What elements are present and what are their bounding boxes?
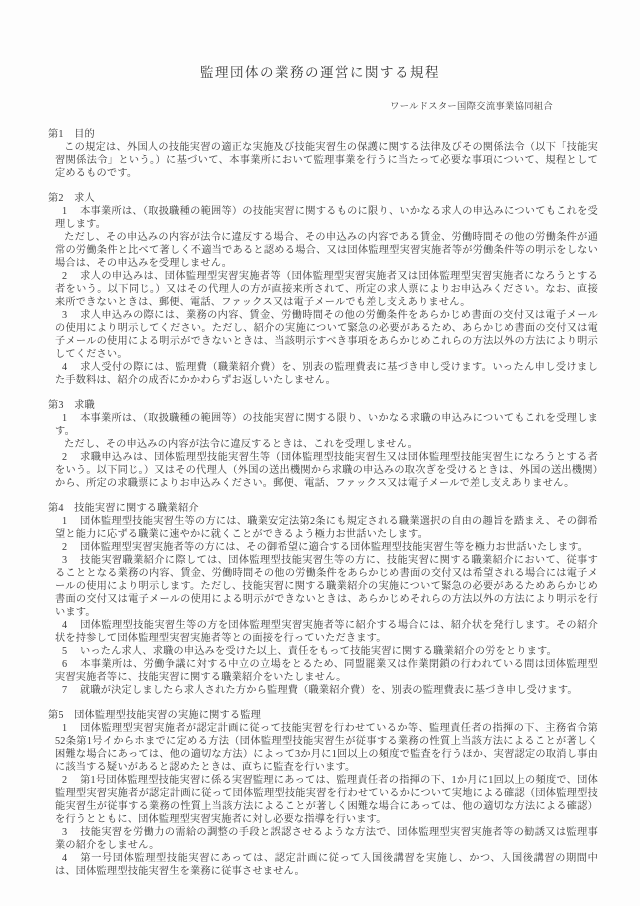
document-page: 監理団体の業務の運営に関する規程 ワールドスター国際交流事業協同組合 第1 目的… bbox=[0, 0, 640, 906]
clause-number: 7 bbox=[55, 684, 80, 697]
clause-number: 2 bbox=[55, 451, 80, 464]
clause-text: 第一号団体監理型技能実習にあっては、認定計画に従って入国後講習を実施し、かつ、入… bbox=[55, 853, 598, 877]
clause-text: この規定は、外国人の技能実習の適正な実施及び技能実習生の保護に関する法律及びその… bbox=[55, 141, 598, 180]
clause-item: 1本事業所は、（取扱職種の範囲等）の技能実習に関するものに限り、いかなる求人の申… bbox=[55, 205, 598, 231]
doc-title: 監理団体の業務の運営に関する規程 bbox=[0, 64, 640, 81]
section-1: 第1 目的 この規定は、外国人の技能実習の適正な実施及び技能実習生の保護に関する… bbox=[48, 128, 598, 180]
clause-item: 3技能実習を労働力の需給の調整の手段と誤認させるような方法で、団体監理型実習実施… bbox=[55, 826, 598, 852]
clause-item: 2求職申込みは、団体監理型技能実習生等（団体監理型技能実習生又は団体監理型技能実… bbox=[55, 451, 598, 490]
clause-number: 3 bbox=[55, 309, 80, 322]
section-heading: 第5 団体監理型技能実習の実施に関する監理 bbox=[48, 709, 598, 722]
organization-name: ワールドスター国際交流事業協同組合 bbox=[0, 101, 553, 113]
clause-text: 本事業所は、労働争議に対する中立の立場をとるため、同盟罷業又は作業閉鎖の行われて… bbox=[55, 659, 598, 683]
clause-number: 2 bbox=[55, 270, 80, 283]
clause-number: 3 bbox=[55, 554, 80, 567]
clause-item: 1本事業所は、（取扱職種の範囲等）の技能実習に関する限り、いかなる求職の申込みに… bbox=[55, 412, 598, 438]
clause-text: 技能実習職業紹介に際しては、団体監理型技能実習生等の方に、技能実習に関する職業紹… bbox=[55, 555, 598, 618]
section-heading: 第2 求人 bbox=[48, 192, 598, 205]
clause-text: 第1号団体監理型技能実習に係る実習監理にあっては、監理責任者の指揮の下、1か月に… bbox=[55, 775, 598, 825]
section-heading: 第4 技能実習に関する職業紹介 bbox=[48, 502, 598, 515]
clause-number: 2 bbox=[55, 541, 80, 554]
clause-number: 3 bbox=[55, 826, 80, 839]
clause-item: 5いったん求人、求職の申込みを受けた以上、責任をもって技能実習に関する職業紹介の… bbox=[55, 645, 598, 658]
clause-text: 求人の申込みは、団体監理型実習実施者等（団体監理型実習実施者又は団体監理型実習実… bbox=[55, 271, 598, 308]
clause-text: 団体監理型技能実習生等の方を団体監理型実習実施者等に紹介する場合には、紹介状を発… bbox=[55, 620, 598, 644]
section-3: 第3 求職 1本事業所は、（取扱職種の範囲等）の技能実習に関する限り、いかなる求… bbox=[48, 399, 598, 490]
clause-item: 4団体監理型技能実習生等の方を団体監理型実習実施者等に紹介する場合には、紹介状を… bbox=[55, 619, 598, 645]
section-heading: 第1 目的 bbox=[48, 128, 598, 141]
clause-number: 4 bbox=[55, 361, 80, 374]
clause-number: 5 bbox=[55, 645, 80, 658]
clause-text: 本事業所は、（取扱職種の範囲等）の技能実習に関する限り、いかなる求職の申込みにつ… bbox=[55, 413, 598, 437]
clause-text: 本事業所は、（取扱職種の範囲等）の技能実習に関するものに限り、いかなる求人の申込… bbox=[55, 206, 598, 230]
clause-item: 6本事業所は、労働争議に対する中立の立場をとるため、同盟罷業又は作業閉鎖の行われ… bbox=[55, 658, 598, 684]
section-heading: 第3 求職 bbox=[48, 399, 598, 412]
clause-item: 7就職が決定しましたら求人された方から監理費（職業紹介費）を、別表の監理費表に基… bbox=[55, 684, 598, 697]
clause-item: 2求人の申込みは、団体監理型実習実施者等（団体監理型実習実施者又は団体監理型実習… bbox=[55, 270, 598, 309]
clause-text: 団体監理型技能実習生等の方には、職業安定法第2条にも規定される職業選択の自由の趣… bbox=[55, 516, 598, 540]
clause-item: 2第1号団体監理型技能実習に係る実習監理にあっては、監理責任者の指揮の下、1か月… bbox=[55, 774, 598, 826]
clause-number: 2 bbox=[55, 774, 80, 787]
clause-item: 1団体監理型実習実施者が認定計画に従って技能実習を行わせているか等、監理責任者の… bbox=[55, 722, 598, 774]
proviso-text: ただし、その申込みの内容が法令に違反する場合、その申込みの内容である賃金、労働時… bbox=[55, 231, 598, 270]
clause-number: 1 bbox=[55, 722, 80, 735]
clause-number: 4 bbox=[55, 619, 80, 632]
doc-body: 第1 目的 この規定は、外国人の技能実習の適正な実施及び技能実習生の保護に関する… bbox=[48, 128, 598, 878]
section-2: 第2 求人 1本事業所は、（取扱職種の範囲等）の技能実習に関するものに限り、いか… bbox=[48, 192, 598, 387]
section-5: 第5 団体監理型技能実習の実施に関する監理 1団体監理型実習実施者が認定計画に従… bbox=[48, 709, 598, 878]
clause-item: 4求人受付の際には、監理費（職業紹介費）を、別表の監理費表に基づき申し受けます。… bbox=[55, 361, 598, 387]
proviso-text: ただし、その申込みの内容が法令に違反するときは、これを受理しません。 bbox=[55, 438, 598, 451]
clause-item: 1団体監理型技能実習生等の方には、職業安定法第2条にも規定される職業選択の自由の… bbox=[55, 515, 598, 541]
clause-item: 3求人申込みの際には、業務の内容、賃金、労働時間その他の労働条件をあらかじめ書面… bbox=[55, 309, 598, 361]
clause-item: 2団体監理型実習実施者等の方には、その御希望に適合する団体監理型技能実習生等を極… bbox=[55, 541, 598, 554]
clause-item: 3技能実習職業紹介に際しては、団体監理型技能実習生等の方に、技能実習に関する職業… bbox=[55, 554, 598, 619]
clause-number: 4 bbox=[55, 852, 80, 865]
clause-number: 6 bbox=[55, 658, 80, 671]
clause-text: 技能実習を労働力の需給の調整の手段と誤認させるような方法で、団体監理型実習実施者… bbox=[55, 827, 598, 851]
clause-number: 1 bbox=[55, 515, 80, 528]
clause-text: 求職申込みは、団体監理型技能実習生等（団体監理型技能実習生又は団体監理型技能実習… bbox=[55, 452, 598, 489]
clause-text: 団体監理型実習実施者が認定計画に従って技能実習を行わせているか等、監理責任者の指… bbox=[55, 723, 598, 773]
clause-text: 求人申込みの際には、業務の内容、賃金、労働時間その他の労働条件をあらかじめ書面の… bbox=[55, 310, 598, 360]
clause-text: 求人受付の際には、監理費（職業紹介費）を、別表の監理費表に基づき申し受けます。い… bbox=[55, 362, 598, 386]
section-4: 第4 技能実習に関する職業紹介 1団体監理型技能実習生等の方には、職業安定法第2… bbox=[48, 502, 598, 697]
clause-number: 1 bbox=[55, 205, 80, 218]
clause-text: いったん求人、求職の申込みを受けた以上、責任をもって技能実習に関する職業紹介の労… bbox=[80, 646, 557, 657]
clause-item: 4第一号団体監理型技能実習にあっては、認定計画に従って入国後講習を実施し、かつ、… bbox=[55, 852, 598, 878]
clause-text: 就職が決定しましたら求人された方から監理費（職業紹介費）を、別表の監理費表に基づ… bbox=[80, 685, 578, 696]
clause-text: 団体監理型実習実施者等の方には、その御希望に適合する団体監理型技能実習生等を極力… bbox=[80, 542, 588, 553]
clause-number: 1 bbox=[55, 412, 80, 425]
